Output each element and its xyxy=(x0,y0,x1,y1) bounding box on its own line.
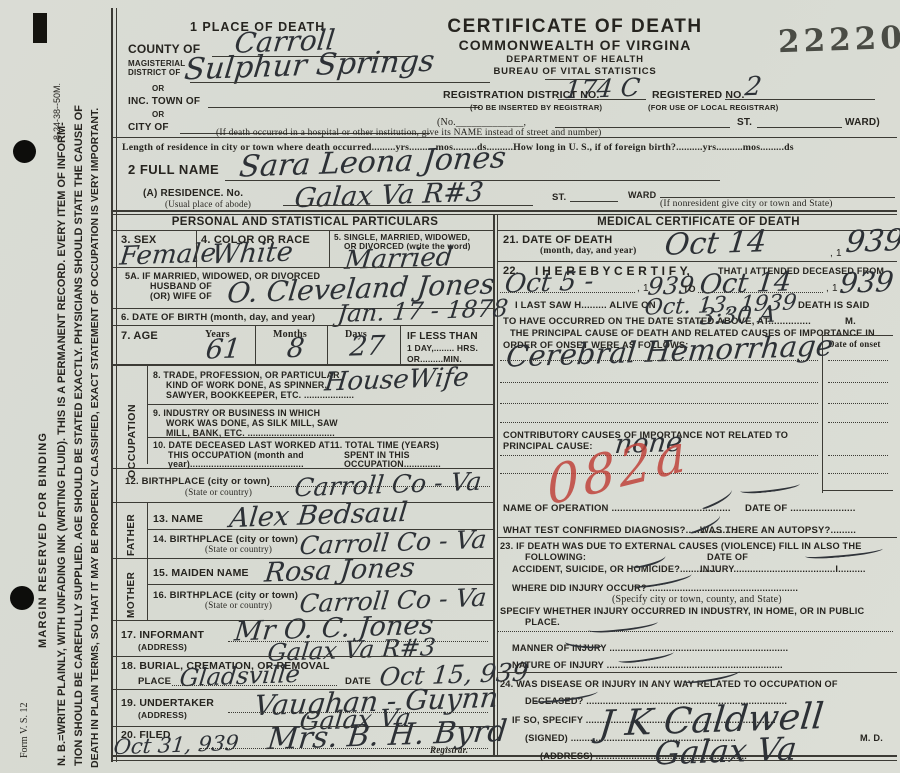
f18-place-label: PLACE xyxy=(138,676,171,687)
age-less-label-2: 1 DAY,........ HRS. xyxy=(407,343,478,353)
f8-label-2: KIND OF WORK DONE, AS SPINNER, xyxy=(166,380,327,390)
inc-town-line xyxy=(208,107,480,108)
f21-sub: (month, day, and year) xyxy=(540,246,637,256)
commonwealth-subtitle: COMMONWEALTH OF VIRGINA xyxy=(430,37,720,53)
age-label: 7. AGE xyxy=(121,330,158,342)
street-st-label: ST. xyxy=(737,117,752,128)
cause-dotted-1 xyxy=(500,360,818,361)
cause-dotted-4b xyxy=(828,422,888,423)
district-label2: DISTRICT OF xyxy=(128,68,180,77)
district-value[interactable]: Sulphur Springs xyxy=(183,44,437,88)
cause-dotted-1b xyxy=(828,360,888,361)
f21-year-value[interactable]: 939 xyxy=(844,223,900,260)
residence-line-rule xyxy=(283,205,533,206)
f15-label: 15. MAIDEN NAME xyxy=(153,567,249,579)
mother-side-label: MOTHER xyxy=(126,562,137,618)
mother-strip-divider xyxy=(147,558,148,620)
specify-label-1: SPECIFY WHETHER INJURY OCCURRED IN INDUS… xyxy=(500,606,864,616)
binding-mark xyxy=(33,13,47,43)
lastsaw-after-label: DEATH IS SAID xyxy=(798,300,870,311)
f5a-label-3: (OR) WIFE OF xyxy=(150,291,212,301)
columns-top-rule-2 xyxy=(111,214,897,215)
father-side-label: FATHER xyxy=(126,506,137,556)
sex-race-divider xyxy=(196,231,197,267)
md-label: M. D. xyxy=(860,733,883,743)
f20-date-value[interactable]: Oct 31, 939 xyxy=(112,731,239,759)
age-days-value[interactable]: 27 xyxy=(348,330,386,362)
residence-st-label: ST. xyxy=(552,192,566,203)
f22-from-dotted xyxy=(500,292,635,293)
nonresident-rule xyxy=(660,197,895,198)
street-st-rule xyxy=(757,127,842,128)
f23-top-rule xyxy=(497,537,897,538)
margin-nb-line2: TION SHOULD BE CAREFULLY SUPPLIED. AGE S… xyxy=(73,40,85,766)
f18-place-value[interactable]: Gladsville xyxy=(178,660,301,692)
abode-note: (Usual place of abode) xyxy=(165,199,251,209)
f23-label-1: 23. IF DEATH WAS DUE TO EXTERNAL CAUSES … xyxy=(500,541,862,551)
registered-no-value[interactable]: 2 xyxy=(743,72,763,103)
race-value[interactable]: White xyxy=(210,237,294,271)
occupation-side-label: OCCUPATION xyxy=(126,374,138,478)
f12-label: 12. BIRTHPLACE (city or town) xyxy=(125,476,270,487)
age-years-value[interactable]: 61 xyxy=(204,333,242,365)
inc-town-label: INC. TOWN OF xyxy=(128,96,200,107)
f21-year-prefix: , 1 xyxy=(830,248,842,259)
f19-dotted xyxy=(228,712,488,713)
injury-date-label-2: INJURY..................................… xyxy=(700,564,866,574)
autopsy-label: WAS THERE AN AUTOPSY?......... xyxy=(700,525,856,536)
f10-label-1: 10. DATE DECEASED LAST WORKED AT xyxy=(153,440,330,450)
certificate-number-stamp: 22220 xyxy=(777,20,900,60)
residence-ward-label: WARD xyxy=(628,190,656,200)
pen-mark xyxy=(740,480,801,495)
row345-rule xyxy=(111,267,493,268)
left-header-rule xyxy=(111,230,493,231)
contrib-dotted-1b xyxy=(828,455,888,456)
f22-to-prefix: , 1 xyxy=(826,283,838,294)
district-line xyxy=(190,82,490,83)
f18-place-dotted xyxy=(172,685,337,686)
age-months-value[interactable]: 8 xyxy=(285,333,306,365)
residence-st-rule xyxy=(570,201,618,202)
left-column-header: PERSONAL AND STATISTICAL PARTICULARS xyxy=(117,216,493,228)
street-ward-label: WARD) xyxy=(845,117,880,128)
form-border-left-outer xyxy=(111,8,113,762)
f17-addr-label: (ADDRESS) xyxy=(138,642,187,652)
father-strip-divider xyxy=(147,502,148,558)
punch-hole-top xyxy=(13,140,36,163)
marital-label-1: 5. SINGLE, MARRIED, WIDOWED, xyxy=(334,233,470,242)
f20-registrar-signature[interactable]: Mrs. B. H. Byrd xyxy=(266,714,509,757)
operation-date-label: DATE OF ....................... xyxy=(745,503,856,514)
age-divider-1 xyxy=(255,325,256,364)
occurred-after-label: M. xyxy=(845,316,856,327)
margin-nb-line1: N. B.=WRITE PLAINLY, WITH UNFADING INK (… xyxy=(56,34,68,766)
reg-district-line xyxy=(558,99,646,100)
f19-label: 19. UNDERTAKER xyxy=(121,697,214,709)
onset-box-label: Date of onset xyxy=(828,339,881,349)
registrar-label: Registrar. xyxy=(430,745,468,755)
f11-label-1: 11. TOTAL TIME (YEARS) xyxy=(330,440,439,450)
or-label-2: OR xyxy=(152,110,164,119)
certificate-title: CERTIFICATE OF DEATH xyxy=(430,16,720,38)
f9-label-2: WORK WAS DONE, AS SILK MILL, SAW xyxy=(166,418,338,428)
f21-rule xyxy=(497,261,897,262)
nature-label: NATURE OF INJURY .......................… xyxy=(512,660,783,670)
certificate-page: 8-24-38--50M. N. B.=WRITE PLAINLY, WITH … xyxy=(0,0,900,773)
reg-note-1: (TO BE INSERTED BY REGISTRAR) xyxy=(470,103,602,112)
f8-label-1: 8. TRADE, PROFESSION, OR PARTICULAR xyxy=(153,370,340,380)
f9-rule xyxy=(147,437,493,438)
f17-rule xyxy=(111,656,493,657)
onset-box-bottom xyxy=(822,490,893,491)
f12-sub: (State or country) xyxy=(185,487,252,497)
specify-city-note: (Specify city or town, county, and State… xyxy=(612,594,782,605)
f23-label-2: FOLLOWING: xyxy=(525,552,586,562)
f13-label: 13. NAME xyxy=(153,513,203,525)
f19-addr-label: (ADDRESS) xyxy=(138,710,187,720)
f16-sub: (State or country) xyxy=(205,600,272,610)
margin-nb-line3: DEATH IN PLAIN TERMS, SO THAT IT MAY BE … xyxy=(89,36,101,768)
injury-date-label-1: DATE OF xyxy=(707,552,748,562)
f14-sub: (State or country) xyxy=(205,544,272,554)
specify-dotted xyxy=(497,631,893,632)
f12-dotted xyxy=(270,486,490,487)
f8-rule xyxy=(147,404,493,405)
age-divider-3 xyxy=(400,325,401,364)
registered-no-line xyxy=(725,99,875,100)
physician-address[interactable]: Galax Va xyxy=(653,730,799,773)
cause-dotted-3b xyxy=(828,403,888,404)
residence-label: (A) RESIDENCE. No. xyxy=(143,188,243,199)
f24-label-1: 24. WAS DISEASE OR INJURY IN ANY WAY REL… xyxy=(500,679,838,689)
margin-binding-label: MARGIN RESERVED FOR BINDING xyxy=(37,328,49,648)
occurred-value[interactable]: 3:30 A xyxy=(698,302,777,331)
dob-value[interactable]: Jan. 17 - 1878 xyxy=(336,294,509,328)
f22-from-value[interactable]: Oct 5 - xyxy=(503,266,595,299)
f17-label: 17. INFORMANT xyxy=(121,629,204,641)
f22-to-label: TO xyxy=(683,284,696,294)
cause-dotted-3 xyxy=(500,403,818,404)
reg-note-2: (FOR USE OF LOCAL REGISTRAR) xyxy=(648,103,778,112)
f21-value[interactable]: Oct 14 xyxy=(663,224,768,263)
lastsaw-label: I LAST SAW H......... ALIVE ON xyxy=(515,300,656,311)
residence-value[interactable]: Galax Va R#3 xyxy=(293,177,485,215)
race-marital-divider xyxy=(329,231,330,267)
street-line-label: (No._____________, xyxy=(437,117,526,128)
age-less-label-1: IF LESS THAN xyxy=(407,331,478,342)
columns-top-rule-1 xyxy=(111,210,897,212)
dob-rule xyxy=(111,325,493,326)
age-divider-2 xyxy=(327,325,328,364)
occupation-strip-divider xyxy=(147,364,148,464)
specify-label-2: PLACE. xyxy=(525,617,560,627)
f22-to-year[interactable]: 939 xyxy=(838,265,895,300)
fullname-label: 2 FULL NAME xyxy=(128,162,219,177)
margin-form-number: Form V. S. 12 xyxy=(19,658,30,758)
cause-dotted-2 xyxy=(500,382,818,383)
department-label: DEPARTMENT OF HEALTH xyxy=(430,54,720,65)
f21-label: 21. DATE OF DEATH xyxy=(503,234,612,246)
residence-top-rule xyxy=(111,137,897,138)
or-label-1: OR xyxy=(152,84,164,93)
f8-value[interactable]: HouseWife xyxy=(323,363,470,398)
dob-label: 6. DATE OF BIRTH (month, day, and year) xyxy=(121,312,315,323)
f5a-label-2: HUSBAND OF xyxy=(150,281,212,291)
contrib-dotted-2b xyxy=(828,473,888,474)
form-border-left-inner xyxy=(116,8,117,762)
cause-dotted-4 xyxy=(500,422,818,423)
street-line-rule xyxy=(555,127,730,128)
city-label: CITY OF xyxy=(128,122,169,133)
operation-label: NAME OF OPERATION ......................… xyxy=(503,503,731,514)
punch-hole-bottom xyxy=(10,586,34,610)
nonresident-note: (If nonresident give city or town and St… xyxy=(660,199,833,209)
pen-mark xyxy=(588,617,659,634)
district-label1: MAGISTERIAL xyxy=(128,59,185,68)
f9-label-1: 9. INDUSTRY OR BUSINESS IN WHICH xyxy=(153,408,320,418)
cause-dotted-2b xyxy=(828,382,888,383)
